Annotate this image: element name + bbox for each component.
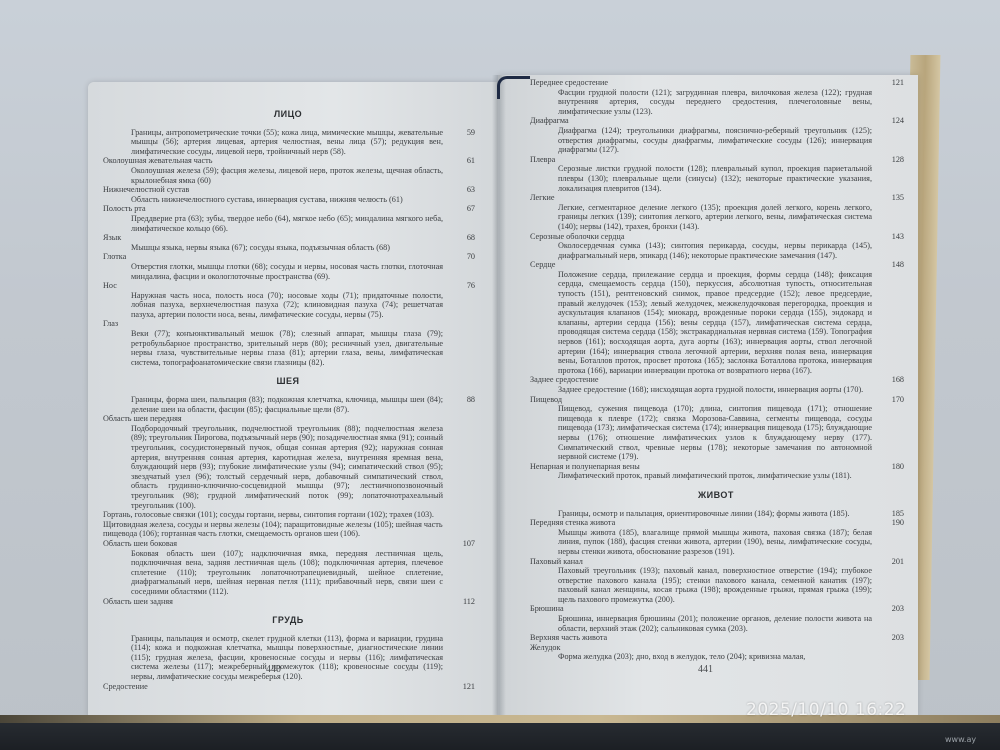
toc-entry-page-number: 124	[892, 116, 904, 126]
toc-entry-page-number: 59	[467, 128, 475, 138]
toc-entry-heading: Серозные оболочки сердца	[530, 232, 902, 242]
toc-entry-body: Фасции грудной полости (121); загрудинна…	[530, 88, 902, 117]
toc-entry-heading: Диафрагма	[530, 116, 902, 126]
toc-entry: Границы, форма шеи, пальпация (83); подк…	[103, 395, 473, 414]
toc-entry-body: Околосердечная сумка (143); синтопия пер…	[530, 241, 902, 260]
toc-entry: Верхняя часть живота203	[530, 633, 902, 643]
toc-entry-body: Околоушная железа (59); фасция железы, л…	[103, 166, 473, 185]
section-title: ШЕЯ	[103, 377, 473, 387]
toc-entry-heading: Глотка	[103, 252, 473, 262]
toc-entry-heading: Передняя стенка живота	[530, 518, 902, 528]
toc-entry-body: Отверстия глотки, мышцы глотки (68); сос…	[103, 262, 473, 281]
toc-entry-body: Границы, осмотр и пальпация, ориентирово…	[530, 509, 902, 519]
toc-entry-heading: Нос	[103, 281, 473, 291]
toc-entry: Переднее средостениеФасции грудной полос…	[530, 78, 902, 116]
toc-entry: Непарная и полунепарная веныЛимфатически…	[530, 462, 902, 481]
watermark: www.ay	[945, 735, 976, 744]
toc-entry-page-number: 148	[892, 260, 904, 270]
toc-entry-heading: Околоушная жевательная часть	[103, 156, 473, 166]
toc-entry-page-number: 121	[892, 78, 904, 88]
toc-entry-body: Границы, форма шеи, пальпация (83); подк…	[103, 395, 473, 414]
toc-entry: Средостение121	[103, 682, 473, 692]
toc-entry: Околоушная жевательная частьОколоушная ж…	[103, 156, 473, 185]
toc-entry-body: Веки (77); конъюнктивальный мешок (78); …	[103, 329, 473, 367]
toc-entry-page-number: 61	[467, 156, 475, 166]
toc-entry: Область шеи передняяПодбородочный треуго…	[103, 414, 473, 510]
toc-entry: Паховый каналПаховый треугольник (193); …	[530, 557, 902, 605]
section-title: ЖИВОТ	[530, 491, 902, 501]
toc-entry-heading: Пищевод	[530, 395, 902, 405]
toc-entry-heading: Плевра	[530, 155, 902, 165]
toc-entry-body: Легкие, сегментарное деление легкого (13…	[530, 203, 902, 232]
toc-entry-page-number: 190	[892, 518, 904, 528]
toc-entry-page-number: 135	[892, 193, 904, 203]
toc-entry: НосНаружная часть носа, полость носа (70…	[103, 281, 473, 319]
toc-entry-body: Заднее средостение (168); нисходящая аор…	[530, 385, 902, 395]
toc-entry: Гортань, голосовые связки (101); сосуды …	[103, 510, 473, 520]
toc-entry-heading: Область шеи боковая	[103, 539, 473, 549]
toc-entry: СердцеПоложение сердца, прилежание сердц…	[530, 260, 902, 375]
toc-entry: ПлевраСерозные листки грудной полости (1…	[530, 155, 902, 193]
toc-entry: БрюшинаБрюшина, иннервация брюшины (201)…	[530, 604, 902, 633]
toc-entry-body: Лимфатический проток, правый лимфатическ…	[530, 471, 902, 481]
toc-entry-heading: Глаз	[103, 319, 473, 329]
bookmark-ribbon	[497, 76, 530, 99]
toc-entry-page-number: 201	[892, 557, 904, 567]
toc-entry: Передняя стенка животаМышцы живота (185)…	[530, 518, 902, 556]
toc-entry-body: Преддверие рта (63); зубы, твердое небо …	[103, 214, 473, 233]
toc-entry-heading: Непарная и полунепарная вены	[530, 462, 902, 472]
toc-entry-page-number: 143	[892, 232, 904, 242]
toc-entry-page-number: 128	[892, 155, 904, 165]
toc-entry-heading: Сердце	[530, 260, 902, 270]
toc-entry: Область шеи задняя112	[103, 597, 473, 607]
toc-entry-heading: Паховый канал	[530, 557, 902, 567]
toc-entry: ГлазВеки (77); конъюнктивальный мешок (7…	[103, 319, 473, 367]
toc-entry-page-number: 107	[463, 539, 475, 549]
toc-entry: Полость ртаПреддверие рта (63); зубы, тв…	[103, 204, 473, 233]
toc-entry-heading: Гортань, голосовые связки (101); сосуды …	[103, 510, 473, 520]
toc-entry-page-number: 112	[463, 597, 475, 607]
toc-entry-heading: Область шеи передняя	[103, 414, 473, 424]
toc-entry-body: Пищевод, сужения пищевода (170); длина, …	[530, 404, 902, 462]
toc-entry-heading: Переднее средостение	[530, 78, 902, 88]
toc-entry-page-number: 203	[892, 604, 904, 614]
left-page: ЛИЦОГраницы, антропометрические точки (5…	[88, 82, 498, 717]
open-book: ЛИЦОГраницы, антропометрические точки (5…	[0, 0, 1000, 750]
toc-entry-body: Положение сердца, прилежание сердца и пр…	[530, 270, 902, 376]
toc-entry-body: Границы, антропометрические точки (55); …	[103, 128, 473, 157]
toc-entry: Границы, осмотр и пальпация, ориентирово…	[530, 509, 902, 519]
toc-entry-body: Форма желудка (203); дно, вход в желудок…	[530, 652, 902, 662]
toc-entry-heading: Легкие	[530, 193, 902, 203]
toc-entry-page-number: 203	[892, 633, 904, 643]
book-gutter	[492, 75, 506, 717]
right-page: Переднее средостениеФасции грудной полос…	[498, 75, 918, 717]
toc-entry-heading: Брюшина	[530, 604, 902, 614]
toc-entry-body: Паховый треугольник (193); паховый канал…	[530, 566, 902, 604]
toc-entry: Границы, пальпация и осмотр, скелет груд…	[103, 634, 473, 682]
page-number-left: 440	[266, 664, 281, 675]
section-title: ГРУДЬ	[103, 616, 473, 626]
toc-entry-body: Наружная часть носа, полость носа (70); …	[103, 291, 473, 320]
toc-entry-page-number: 180	[892, 462, 904, 472]
toc-entry: ГлоткаОтверстия глотки, мышцы глотки (68…	[103, 252, 473, 281]
toc-entry: Область шеи боковаяБоковая область шеи (…	[103, 539, 473, 597]
toc-entry-heading: Полость рта	[103, 204, 473, 214]
page-number-right: 441	[698, 664, 713, 675]
photo-timestamp: 2025/10/10 16:22	[746, 700, 906, 720]
toc-entry-heading: Область шеи задняя	[103, 597, 473, 607]
toc-entry: ЖелудокФорма желудка (203); дно, вход в …	[530, 643, 902, 662]
left-page-content: ЛИЦОГраницы, антропометрические точки (5…	[103, 100, 473, 691]
toc-entry: ЯзыкМышцы языка, нервы языка (67); сосуд…	[103, 233, 473, 252]
toc-entry-page-number: 67	[467, 204, 475, 214]
toc-entry-body: Мышцы живота (185), влагалище прямой мыш…	[530, 528, 902, 557]
toc-entry-page-number: 63	[467, 185, 475, 195]
toc-entry-body: Брюшина, иннервация брюшины (201); полож…	[530, 614, 902, 633]
toc-entry-body: Область нижнечелюстного сустава, иннерва…	[103, 195, 473, 205]
section-title: ЛИЦО	[103, 110, 473, 120]
toc-entry-body: Мышцы языка, нервы языка (67); сосуды яз…	[103, 243, 473, 253]
toc-entry-page-number: 70	[467, 252, 475, 262]
toc-entry-page-number: 88	[467, 395, 475, 405]
toc-entry-heading: Средостение	[103, 682, 473, 692]
toc-entry-page-number: 185	[892, 509, 904, 519]
toc-entry-page-number: 168	[892, 375, 904, 385]
toc-entry-page-number: 121	[463, 682, 475, 692]
toc-entry-body: Границы, пальпация и осмотр, скелет груд…	[103, 634, 473, 682]
toc-entry-body: Подбородочный треугольник, подчелюстной …	[103, 424, 473, 510]
toc-entry: Нижнечелюстной суставОбласть нижнечелюст…	[103, 185, 473, 204]
toc-entry-body: Боковая область шеи (107); надключичная …	[103, 549, 473, 597]
toc-entry-heading: Заднее средостение	[530, 375, 902, 385]
toc-entry-heading: Желудок	[530, 643, 902, 653]
toc-entry: Границы, антропометрические точки (55); …	[103, 128, 473, 157]
toc-entry-heading: Нижнечелюстной сустав	[103, 185, 473, 195]
toc-entry: Заднее средостениеЗаднее средостение (16…	[530, 375, 902, 394]
toc-entry-body: Диафрагма (124); треугольники диафрагмы,…	[530, 126, 902, 155]
toc-entry-heading: Язык	[103, 233, 473, 243]
toc-entry-heading: Щитовидная железа, сосуды и нервы железы…	[103, 520, 473, 539]
toc-entry-body: Серозные листки грудной полости (128); п…	[530, 164, 902, 193]
toc-entry: Серозные оболочки сердцаОколосердечная с…	[530, 232, 902, 261]
toc-entry: ДиафрагмаДиафрагма (124); треугольники д…	[530, 116, 902, 154]
toc-entry: Щитовидная железа, сосуды и нервы железы…	[103, 520, 473, 539]
toc-entry-heading: Верхняя часть живота	[530, 633, 902, 643]
right-page-content: Переднее средостениеФасции грудной полос…	[530, 78, 902, 662]
book-cover-edge	[0, 715, 1000, 750]
toc-entry-page-number: 170	[892, 395, 904, 405]
toc-entry-page-number: 76	[467, 281, 475, 291]
toc-entry: ЛегкиеЛегкие, сегментарное деление легко…	[530, 193, 902, 231]
toc-entry-page-number: 68	[467, 233, 475, 243]
toc-entry: ПищеводПищевод, сужения пищевода (170); …	[530, 395, 902, 462]
